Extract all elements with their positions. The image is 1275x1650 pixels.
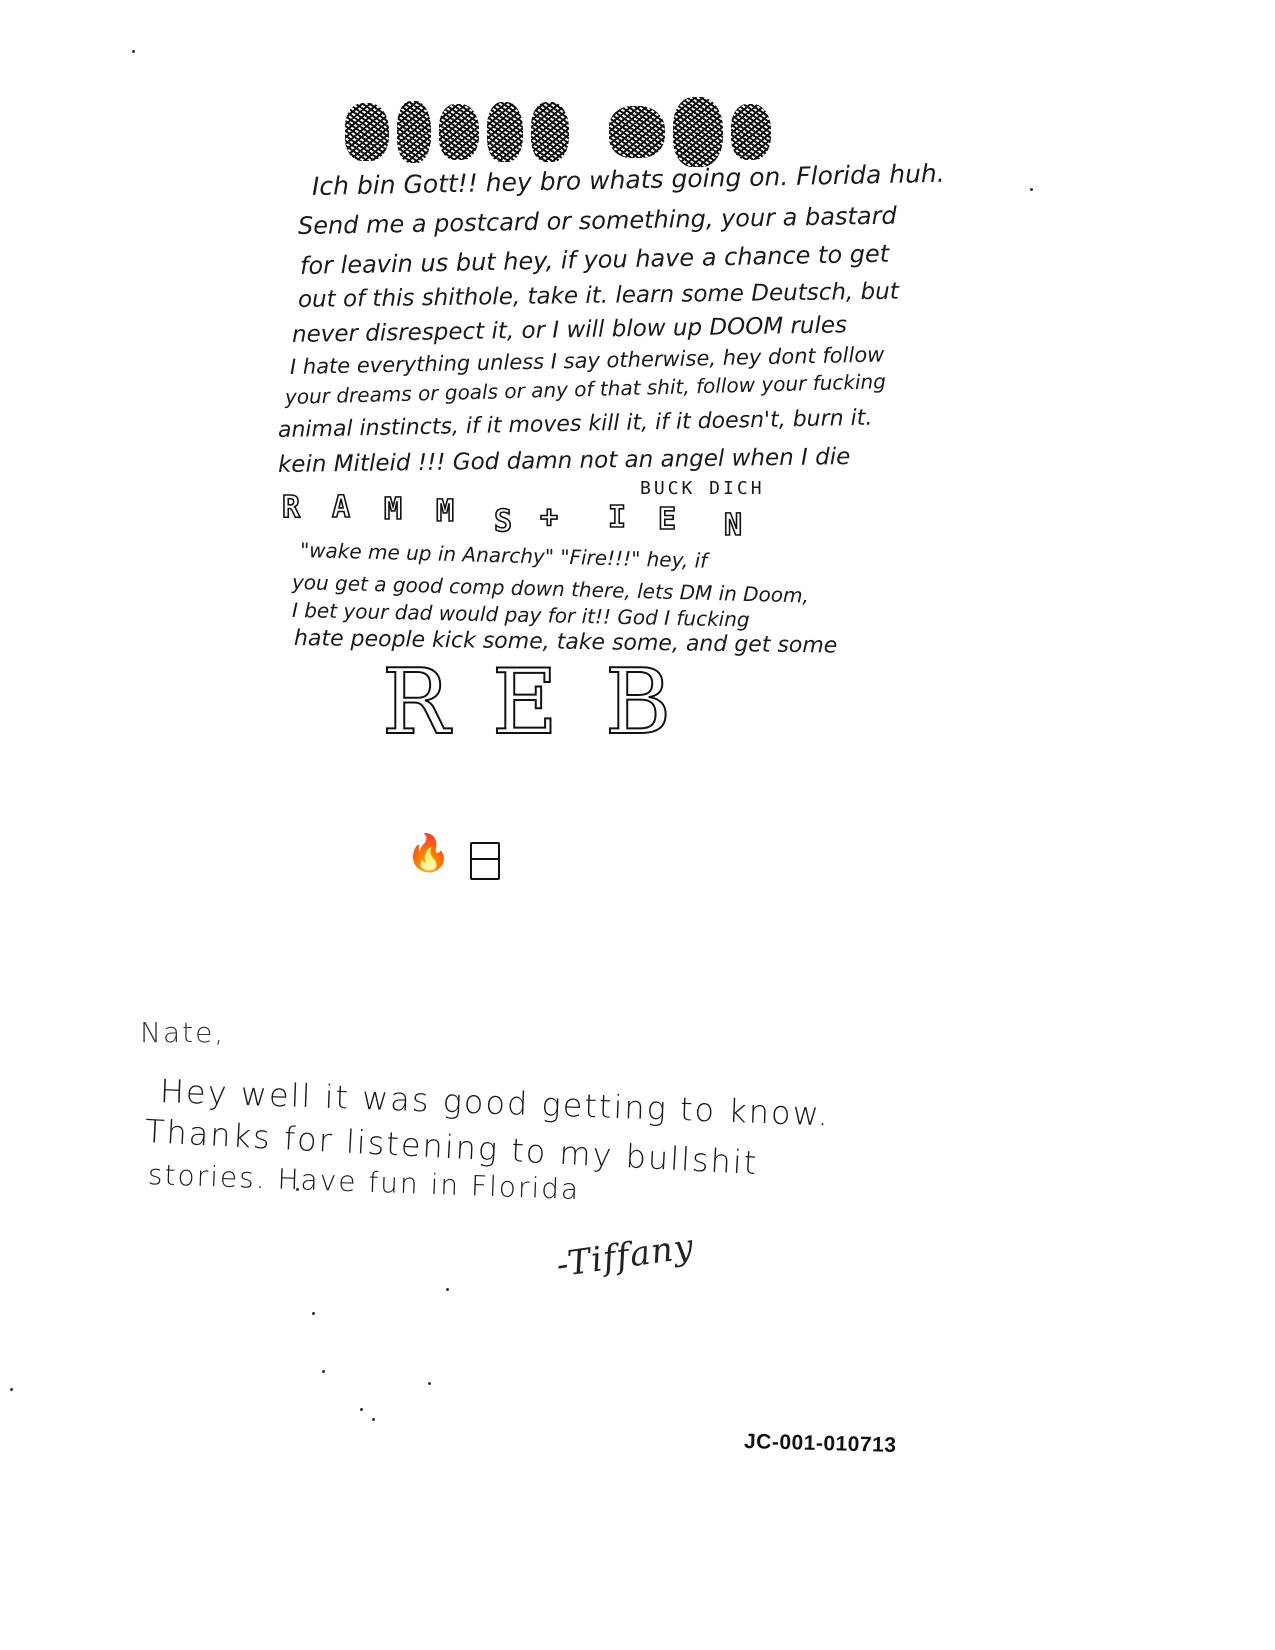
handwritten-line: kein Mitleid !!! God damn not an angel w… bbox=[278, 444, 851, 478]
handwritten-line: hate people kick some, take some, and ge… bbox=[294, 626, 838, 659]
block-letters-annotation: BUCK DICH bbox=[640, 478, 765, 499]
scan-speck bbox=[446, 1288, 449, 1291]
scribble-mark bbox=[609, 106, 665, 158]
scan-speck bbox=[428, 1382, 431, 1385]
note-salutation: Nate, bbox=[140, 1016, 225, 1049]
initial-letter: R bbox=[382, 650, 450, 755]
scan-speck bbox=[132, 50, 135, 53]
scribble-mark bbox=[397, 101, 431, 163]
bates-number: JC-001-010713 bbox=[744, 1430, 897, 1458]
flame-icon: 🔥 bbox=[406, 832, 451, 874]
initial-letter: B bbox=[605, 650, 671, 755]
block-letter: S bbox=[494, 504, 512, 539]
scan-speck bbox=[312, 1312, 315, 1315]
scan-speck bbox=[1030, 188, 1033, 191]
block-letter: I bbox=[608, 500, 626, 535]
redacted-scribble-header bbox=[345, 92, 771, 172]
scan-speck bbox=[10, 1388, 13, 1391]
scribble-mark bbox=[731, 104, 771, 160]
block-letter: A bbox=[332, 490, 350, 525]
scribble-mark bbox=[673, 97, 723, 167]
scribble-mark bbox=[487, 102, 523, 162]
scan-speck bbox=[322, 1370, 325, 1373]
scan-speck bbox=[360, 1408, 363, 1411]
handwritten-line: out of this shithole, take it. learn som… bbox=[298, 279, 899, 313]
scan-speck bbox=[296, 1188, 299, 1191]
block-letter: M bbox=[436, 494, 454, 529]
document-page: Ich bin Gott!! hey bro whats going on. F… bbox=[0, 0, 1275, 1650]
handwritten-line: Send me a postcard or something, your a … bbox=[298, 202, 897, 240]
handwritten-line: "wake me up in Anarchy" "Fire!!!" hey, i… bbox=[300, 538, 708, 573]
block-letter: E bbox=[658, 502, 676, 537]
block-letter: R bbox=[282, 490, 300, 525]
scan-speck bbox=[372, 1418, 375, 1421]
block-letter: + bbox=[540, 500, 558, 535]
box-icon bbox=[470, 842, 500, 880]
handwritten-line: never disrespect it, or I will blow up D… bbox=[292, 312, 847, 348]
initial-letter: E bbox=[492, 650, 558, 755]
scribble-mark bbox=[531, 102, 569, 162]
handwritten-line: for leavin us but hey, if you have a cha… bbox=[300, 240, 890, 280]
handwritten-line: animal instincts, if it moves kill it, i… bbox=[278, 406, 873, 443]
scribble-mark bbox=[345, 103, 389, 161]
scribble-mark bbox=[439, 104, 479, 160]
block-letter: N bbox=[724, 508, 742, 543]
signature: -Tiffany bbox=[554, 1227, 697, 1286]
block-letter: M bbox=[384, 492, 402, 527]
